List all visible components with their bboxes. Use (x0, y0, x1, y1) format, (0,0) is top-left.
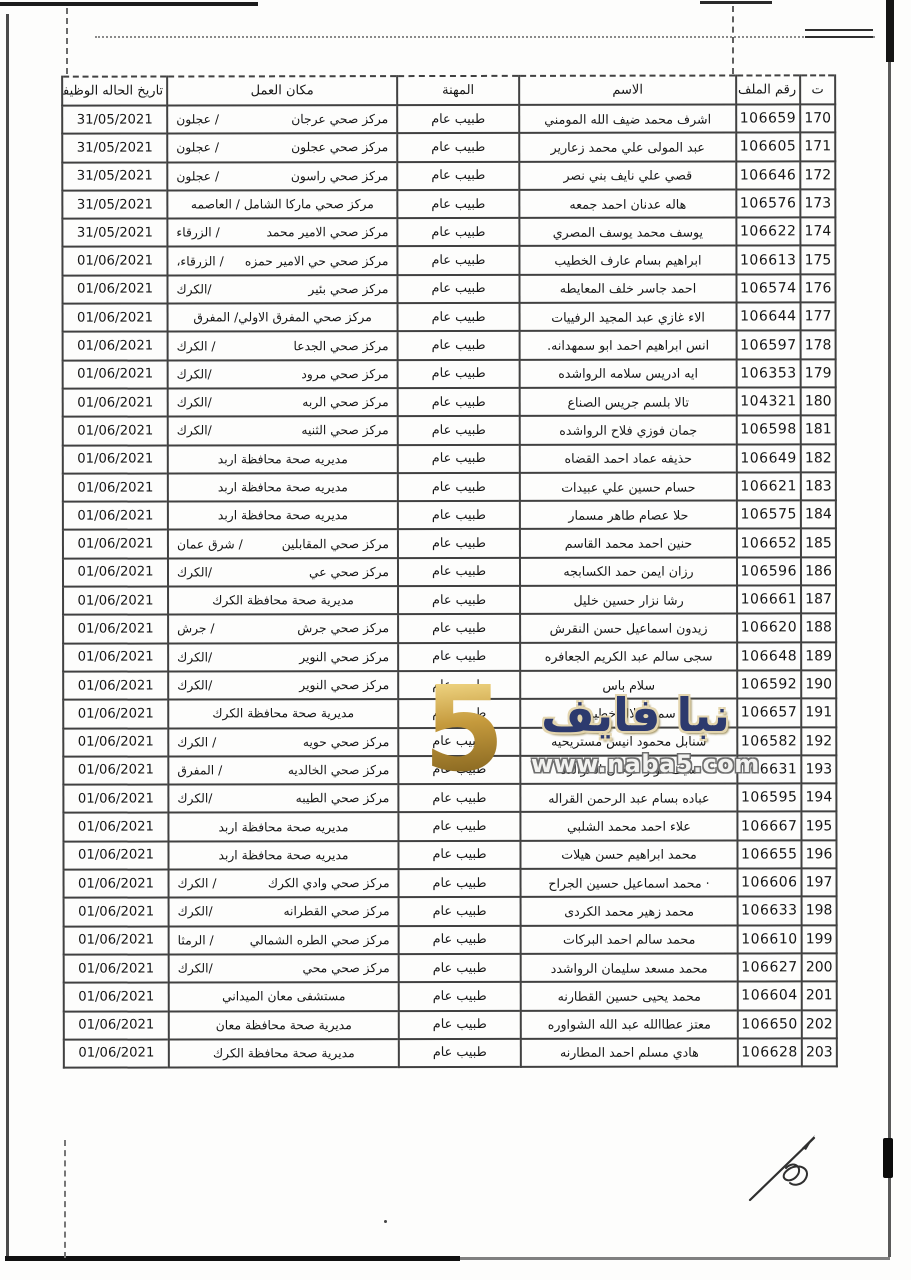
cell-status-date: 01/06/2021 (63, 388, 168, 416)
cell-name: محمد سالم احمد البركات (521, 925, 738, 954)
table-row: 185 106652 حنين احمد محمد القاسم طبيب عا… (63, 529, 836, 559)
cell-file-no: 106655 (737, 840, 801, 868)
margin-dark-segment-top (805, 29, 873, 38)
cell-name: انس ابراهيم احمد ابو سمهدانه. (520, 331, 737, 360)
cell-name: سجى سالم عبد الكريم الجعافره (520, 642, 737, 671)
workplace-center: مركز صحي عجلون (291, 141, 388, 155)
table-row: 182 106649 حذيفه عماد احمد القضاه طبيب ع… (63, 444, 836, 474)
cell-profession: طبيب عام (398, 643, 520, 672)
table-row: 170 106659 اشرف محمد ضيف الله المومني طب… (62, 104, 835, 134)
cell-file-no: 106628 (738, 1038, 802, 1066)
table-row: 197 106606 · محمد اسماعيل حسين الجراح طب… (64, 868, 837, 898)
workplace-governorate: /الكرك (176, 282, 211, 296)
cell-serial: 177 (801, 302, 836, 330)
cell-file-no: 106627 (738, 953, 802, 981)
workplace-center: مديريه صحة محافظة اربد (218, 848, 348, 862)
cell-profession: طبيب عام (397, 218, 519, 247)
cell-file-no: 106595 (737, 784, 801, 812)
workplace-governorate: / الرمثا (178, 933, 214, 947)
scan-edge-right-blob (883, 1138, 893, 1178)
table-row: 176 106574 احمد جاسر خلف المعايطه طبيب ع… (62, 274, 835, 304)
scan-edge-bottom-light (460, 1257, 890, 1260)
stray-ink-dot (384, 1220, 387, 1223)
cell-name: سمر طلال خطيب (520, 699, 737, 728)
cell-name: زيدون اسماعيل حسن النقرش (520, 614, 737, 643)
cell-file-no: 106661 (737, 585, 801, 613)
cell-serial: 172 (800, 161, 835, 189)
cell-file-no: 106657 (737, 699, 801, 727)
cell-file-no: 106613 (736, 246, 800, 274)
table-row: 194 106595 عباده بسام عبد الرحمن القراله… (63, 783, 836, 813)
cell-profession: طبيب عام (397, 246, 519, 275)
cell-serial: 180 (801, 387, 836, 415)
cell-serial: 186 (801, 557, 836, 585)
cell-profession: طبيب عام (399, 1010, 521, 1039)
cell-serial: 175 (800, 246, 835, 274)
cell-workplace: مركز صحي راسون / عجلون (167, 162, 397, 191)
workplace-center: مركز صحي الطره الشمالي (250, 933, 390, 947)
cell-workplace: مركز صحي الطره الشمالي / الرمثا (169, 926, 399, 955)
cell-serial: 203 (802, 1038, 837, 1066)
cell-serial: 183 (801, 472, 836, 500)
cell-name: · محمد اسماعيل حسين الجراح (521, 869, 738, 898)
table-row: 187 106661 رشا نزار حسين خليل طبيب عام م… (63, 585, 836, 615)
cell-status-date: 01/06/2021 (63, 304, 168, 332)
cell-name: جمان فوزي فلاح الرواشده (520, 416, 737, 445)
cell-file-no: 106649 (737, 444, 801, 472)
cell-name: عباده بسام عبد الرحمن القراله (520, 784, 737, 813)
cell-serial: 197 (802, 868, 837, 896)
cell-status-date: 01/06/2021 (63, 615, 168, 643)
cell-serial: 192 (801, 727, 836, 755)
col-header-serial: ت (800, 75, 835, 104)
scan-edge-right-top (886, 0, 894, 62)
cell-serial: 198 (802, 897, 837, 925)
table-body: 170 106659 اشرف محمد ضيف الله المومني طب… (62, 104, 837, 1067)
cell-status-date: 01/06/2021 (63, 587, 168, 615)
workplace-center: مديرية صحة محافظة الكرك (212, 593, 354, 607)
cell-serial: 184 (801, 500, 836, 528)
table-row: 171 106605 عبد المولى علي محمد زعارير طب… (62, 133, 835, 163)
cell-workplace: مركز صحي الطيبه /الكرك (168, 784, 398, 813)
cell-serial: 202 (802, 1010, 837, 1038)
workplace-center: مركز صحي الطيبه (296, 791, 390, 805)
cell-status-date: 01/06/2021 (63, 785, 168, 813)
cell-workplace: مركز صحي المقابلين / شرق عمان (168, 530, 398, 559)
cell-name: معتز عطاالله عبد الله الشواوره (521, 1010, 738, 1039)
cell-file-no: 106667 (737, 812, 801, 840)
header-row: ت رقم الملف الاسم المهنة مكان العمل تاري… (62, 75, 835, 105)
cell-profession: طبيب عام (399, 954, 521, 983)
cell-profession: طبيب عام (398, 671, 520, 700)
cell-profession: طبيب عام (398, 699, 520, 728)
cell-profession: طبيب عام (398, 586, 520, 615)
cell-name: رزان ايمن حمد الكسابجه (520, 557, 737, 586)
table-row: 193 106631 سيف فواز فرحان الخوالده طبيب … (63, 755, 836, 785)
cell-file-no: 106605 (736, 133, 800, 161)
cell-workplace: مركز صحي حي الامير حمزه / الزرقاء، (167, 247, 397, 276)
workplace-center: مركز صحي راسون (291, 169, 389, 183)
cell-status-date: 01/06/2021 (64, 870, 169, 898)
col-header-name: الاسم (519, 75, 736, 104)
workplace-governorate: / عجلون (176, 141, 219, 155)
cell-status-date: 01/06/2021 (64, 926, 169, 954)
cell-serial: 196 (801, 840, 836, 868)
cell-serial: 188 (801, 614, 836, 642)
workplace-center: مديرية صحة محافظة الكرك (213, 1046, 355, 1060)
cell-profession: طبيب عام (397, 105, 519, 134)
workplace-center: مركز صحي بئير (308, 282, 388, 296)
cell-status-date: 01/06/2021 (63, 445, 168, 473)
cell-name: احمد جاسر خلف المعايطه (519, 274, 736, 303)
scan-edge-top-left (0, 2, 258, 6)
cell-status-date: 01/06/2021 (62, 275, 167, 303)
table-row: 195 106667 علاء احمد محمد الشلبي طبيب عا… (63, 812, 836, 842)
cell-file-no: 106631 (737, 755, 801, 783)
cell-file-no: 106606 (738, 868, 802, 896)
cell-status-date: 01/06/2021 (64, 1039, 169, 1067)
cell-workplace: مديرية صحة محافظة الكرك (169, 1039, 399, 1068)
cell-file-no: 106646 (736, 161, 800, 189)
workplace-center: مستشفى معان الميداني (222, 990, 345, 1004)
cell-file-no: 106620 (737, 614, 801, 642)
workplace-center: مركز صحي عي (309, 565, 389, 579)
workplace-center: مركز صحي حويه (303, 735, 389, 749)
col-header-profession: المهنة (397, 76, 519, 105)
cell-workplace: مركز صحي حويه / الكرك (168, 728, 398, 757)
cell-profession: طبيب عام (398, 614, 520, 643)
cell-file-no: 106610 (738, 925, 802, 953)
workplace-center: مركز صحي وادي الكرك (268, 876, 390, 890)
cell-file-no: 106621 (737, 472, 801, 500)
cell-status-date: 01/06/2021 (63, 813, 168, 841)
cell-profession: طبيب عام (398, 841, 520, 870)
workplace-center: مديريه صحة محافظة اربد (218, 480, 348, 494)
workplace-governorate: /الكرك (177, 367, 212, 381)
table-row: 172 106646 قصي علي نايف بني نصر طبيب عام… (62, 161, 835, 191)
cell-profession: طبيب عام (398, 727, 520, 756)
col-header-file-no: رقم الملف (736, 75, 800, 104)
workplace-center: مركز صحي حي الامير حمزه (245, 254, 389, 268)
cell-workplace: مركز صحي الامير محمد / الزرقاء (167, 218, 397, 247)
cell-serial: 182 (801, 444, 836, 472)
workplace-center: مركز صحي جرش (297, 622, 389, 636)
cell-workplace: مركز صحي الثنيه /الكرك (168, 416, 398, 445)
cell-status-date: 01/06/2021 (63, 558, 168, 586)
cell-file-no: 106633 (738, 897, 802, 925)
cell-status-date: 01/06/2021 (63, 643, 168, 671)
table-row: 202 106650 معتز عطاالله عبد الله الشواور… (64, 1010, 837, 1040)
cell-workplace: مركز صحي ماركا الشامل / العاصمه (167, 190, 397, 219)
table-row: 196 106655 محمد ابراهيم حسن هيلات طبيب ع… (63, 840, 836, 870)
cell-name: يوسف محمد يوسف المصري (519, 218, 736, 247)
table-row: 198 106633 محمد زهير محمد الكردى طبيب عا… (64, 897, 837, 927)
workplace-governorate: / الكرك (177, 339, 216, 353)
margin-dash-left-top (66, 8, 68, 74)
cell-file-no: 106582 (737, 727, 801, 755)
cell-file-no: 106604 (738, 982, 802, 1010)
cell-file-no: 106596 (737, 557, 801, 585)
cell-name: حنين احمد محمد القاسم (520, 529, 737, 558)
scanned-document-page: ت رقم الملف الاسم المهنة مكان العمل تاري… (0, 0, 911, 1280)
cell-profession: طبيب عام (398, 558, 520, 587)
table-row: 181 106598 جمان فوزي فلاح الرواشده طبيب … (63, 416, 836, 446)
cell-file-no: 106592 (737, 670, 801, 698)
cell-serial: 174 (800, 218, 835, 246)
cell-serial: 201 (802, 982, 837, 1010)
workplace-center: مركز صحي النوير (299, 650, 389, 664)
cell-workplace: مركز صحي النوير /الكرك (168, 671, 398, 700)
workplace-governorate: / الزرقاء، (176, 254, 223, 268)
table-row: 174 106622 يوسف محمد يوسف المصري طبيب عا… (62, 218, 835, 248)
workplace-center: مركز صحي المقابلين (282, 537, 389, 551)
cell-name: هاله عدنان احمد جمعه (519, 189, 736, 218)
workplace-governorate: / جرش (177, 622, 214, 636)
workplace-center: مركز صحي الجدعا (293, 339, 388, 353)
table-row: 189 106648 سجى سالم عبد الكريم الجعافره … (63, 642, 836, 672)
cell-serial: 173 (800, 189, 835, 217)
cell-workplace: مديريه صحة محافظة اربد (168, 473, 398, 502)
table-row: 183 106621 حسام حسين علي عبيدات طبيب عام… (63, 472, 836, 502)
workplace-governorate: /الكرك (178, 905, 213, 919)
cell-name: رشا نزار حسين خليل (520, 586, 737, 615)
cell-name: الاء غازي عبد المجيد الرفييات (520, 303, 737, 332)
table-row: 200 106627 محمد مسعد سليمان الرواشدد طبي… (64, 953, 837, 983)
cell-status-date: 01/06/2021 (63, 671, 168, 699)
cell-serial: 199 (802, 925, 837, 953)
workplace-center: مديرية صحة محافظة الكرك (212, 707, 354, 721)
cell-status-date: 01/06/2021 (64, 954, 169, 982)
workplace-center: مركز صحي النوير (299, 678, 389, 692)
workplace-center: مديريه صحة محافظة اربد (218, 820, 348, 834)
cell-status-date: 31/05/2021 (62, 162, 167, 190)
cell-serial: 187 (801, 585, 836, 613)
cell-workplace: مركز صحي المفرق الاولي/ المفرق (168, 303, 398, 332)
cell-serial: 181 (801, 416, 836, 444)
cell-file-no: 104321 (737, 387, 801, 415)
cell-name: علاء احمد محمد الشلبي (520, 812, 737, 841)
workplace-governorate: / عجلون (176, 113, 219, 127)
cell-profession: طبيب عام (399, 1039, 521, 1068)
workplace-center: مركز صحي محي (302, 961, 389, 975)
col-header-workplace: مكان العمل (167, 76, 397, 105)
cell-status-date: 01/06/2021 (63, 473, 168, 501)
cell-workplace: مركز صحي الخالديه / المفرق (168, 756, 398, 785)
cell-serial: 171 (800, 133, 835, 161)
cell-name: ابراهيم بسام عارف الخطيب (519, 246, 736, 275)
cell-name: سيف فواز فرحان الخوالده (520, 755, 737, 784)
cell-profession: طبيب عام (398, 529, 520, 558)
workplace-center: مركز صحي الخالديه (288, 763, 390, 777)
workplace-governorate: / الكرك (177, 735, 216, 749)
workplace-governorate: /الكرك (177, 650, 212, 664)
scan-edge-left (6, 14, 9, 1258)
cell-profession: طبيب عام (398, 812, 520, 841)
margin-dotted-line-top (95, 36, 875, 38)
cell-name: محمد مسعد سليمان الرواشدد (521, 953, 738, 982)
workplace-governorate: / الزرقاء (176, 226, 219, 240)
cell-status-date: 01/06/2021 (63, 360, 168, 388)
cell-workplace: مركز صحي الربه /الكرك (168, 388, 398, 417)
cell-workplace: مديريه صحة محافظة اربد (168, 501, 398, 530)
cell-status-date: 31/05/2021 (62, 190, 167, 218)
cell-profession: طبيب عام (399, 869, 521, 898)
cell-name: هادي مسلم احمد المطارنه (521, 1038, 738, 1067)
cell-name: حسام حسين علي عبيدات (520, 472, 737, 501)
workplace-governorate: / عجلون (176, 169, 219, 183)
table-row: 179 106353 ايه ادريس سلامه الرواشده طبيب… (63, 359, 836, 389)
margin-dash-right-top (732, 6, 734, 74)
cell-name: سنابل محمود انيس مستريحيه (520, 727, 737, 756)
cell-serial: 189 (801, 642, 836, 670)
cell-status-date: 01/06/2021 (63, 700, 168, 728)
cell-workplace: مركز صحي عرجان / عجلون (167, 105, 397, 134)
workplace-center: مركز صحي عرجان (291, 112, 388, 126)
cell-status-date: 31/05/2021 (62, 105, 167, 133)
table-row: 184 106575 حلا عصام طاهر مسمار طبيب عام … (63, 500, 836, 530)
cell-serial: 190 (801, 670, 836, 698)
cell-profession: طبيب عام (398, 756, 520, 785)
workplace-governorate: / المفرق (177, 763, 222, 777)
workplace-governorate: /الكرك (177, 792, 212, 806)
cell-name: تالا بلسم جريس الصناع (520, 387, 737, 416)
workplace-center: مديريه صحة محافظة اربد (218, 452, 348, 466)
cell-workplace: مركز صحي مرود /الكرك (168, 360, 398, 389)
workplace-governorate: /الكرك (177, 424, 212, 438)
cell-status-date: 01/06/2021 (63, 332, 168, 360)
cell-status-date: 01/06/2021 (64, 898, 169, 926)
workplace-governorate: /الكرك (177, 565, 212, 579)
cell-workplace: مركز صحي النوير /الكرك (168, 643, 398, 672)
cell-profession: طبيب عام (398, 416, 520, 445)
workplace-governorate: /الكرك (178, 961, 213, 975)
cell-file-no: 106648 (737, 642, 801, 670)
workplace-center: مركز صحي مرود (301, 367, 388, 381)
scan-edge-right (888, 60, 891, 1257)
cell-profession: طبيب عام (399, 982, 521, 1011)
cell-workplace: مركز صحي عجلون / عجلون (167, 133, 397, 162)
cell-profession: طبيب عام (398, 388, 520, 417)
scan-edge-bottom-dark (5, 1256, 460, 1261)
cell-file-no: 106622 (736, 218, 800, 246)
cell-profession: طبيب عام (399, 897, 521, 926)
cell-name: حذيفه عماد احمد القضاه (520, 444, 737, 473)
cell-serial: 176 (800, 274, 835, 302)
cell-serial: 195 (801, 812, 836, 840)
cell-serial: 191 (801, 699, 836, 727)
cell-file-no: 106598 (737, 416, 801, 444)
table-row: 201 106604 محمد يحيى حسين القطارنه طبيب … (64, 982, 837, 1012)
cell-workplace: مديريه صحة محافظة اربد (168, 841, 398, 870)
cell-workplace: مركز صحي الجدعا / الكرك (168, 331, 398, 360)
cell-name: اشرف محمد ضيف الله المومني (519, 104, 736, 133)
cell-name: محمد زهير محمد الكردى (521, 897, 738, 926)
cell-status-date: 01/06/2021 (63, 530, 168, 558)
workplace-governorate: /الكرك (177, 396, 212, 410)
cell-serial: 200 (802, 953, 837, 981)
workplace-center: مديريه صحة محافظة اربد (218, 508, 348, 522)
workplace-center: مركز صحي الربه (302, 395, 388, 409)
cell-serial: 193 (801, 755, 836, 783)
cell-status-date: 01/06/2021 (64, 983, 169, 1011)
table-row: 186 106596 رزان ايمن حمد الكسابجه طبيب ع… (63, 557, 836, 587)
cell-workplace: مركز صحي محي /الكرك (169, 954, 399, 983)
cell-profession: طبيب عام (398, 444, 520, 473)
table-row: 180 104321 تالا بلسم جريس الصناع طبيب عا… (63, 387, 836, 417)
cell-serial: 179 (801, 359, 836, 387)
cell-name: ايه ادريس سلامه الرواشده (520, 359, 737, 388)
cell-serial: 185 (801, 529, 836, 557)
cell-profession: طبيب عام (397, 190, 519, 219)
workplace-governorate: / الكرك (178, 877, 217, 891)
cell-workplace: مديريه صحة محافظة اربد (168, 813, 398, 842)
cell-file-no: 106576 (736, 189, 800, 217)
cell-workplace: مديريه صحة محافظة اربد (168, 445, 398, 474)
handwritten-signature (742, 1128, 837, 1208)
cell-name: محمد يحيى حسين القطارنه (521, 982, 738, 1011)
cell-file-no: 106353 (737, 359, 801, 387)
cell-name: عبد المولى علي محمد زعارير (519, 133, 736, 162)
cell-profession: طبيب عام (398, 360, 520, 389)
cell-file-no: 106574 (736, 274, 800, 302)
cell-workplace: مركز صحي وادي الكرك / الكرك (169, 869, 399, 898)
cell-name: قصي علي نايف بني نصر (519, 161, 736, 190)
cell-file-no: 106659 (736, 104, 800, 132)
cell-name: محمد ابراهيم حسن هيلات (520, 840, 737, 869)
cell-status-date: 01/06/2021 (64, 1011, 169, 1039)
cell-profession: طبيب عام (398, 303, 520, 332)
cell-file-no: 106575 (737, 501, 801, 529)
workplace-center: مديرية صحة محافظة معان (216, 1018, 352, 1032)
cell-status-date: 01/06/2021 (63, 756, 168, 784)
cell-status-date: 31/05/2021 (62, 134, 167, 162)
scan-edge-top-mid (700, 1, 772, 4)
cell-status-date: 01/06/2021 (63, 417, 168, 445)
table-row: 188 106620 زيدون اسماعيل حسن النقرش طبيب… (63, 614, 836, 644)
cell-serial: 170 (800, 104, 835, 132)
cell-status-date: 31/05/2021 (62, 219, 167, 247)
cell-profession: طبيب عام (398, 473, 520, 502)
cell-status-date: 01/06/2021 (63, 728, 168, 756)
table-row: 177 106644 الاء غازي عبد المجيد الرفييات… (63, 302, 836, 332)
margin-dash-left-bottom (64, 1140, 66, 1258)
workplace-center: مركز صحي ماركا الشامل / العاصمه (191, 197, 374, 211)
cell-profession: طبيب عام (399, 925, 521, 954)
cell-profession: طبيب عام (397, 161, 519, 190)
cell-status-date: 01/06/2021 (63, 841, 168, 869)
workplace-governorate: / شرق عمان (177, 537, 243, 551)
workplace-center: مركز صحي القطرانه (283, 905, 389, 919)
table-row: 191 106657 سمر طلال خطيب طبيب عام مديرية… (63, 699, 836, 729)
cell-workplace: مركز صحي القطرانه /الكرك (169, 897, 399, 926)
table-row: 178 106597 انس ابراهيم احمد ابو سمهدانه.… (63, 331, 836, 361)
workplace-governorate: /الكرك (177, 678, 212, 692)
table-row: 192 106582 سنابل محمود انيس مستريحيه طبي… (63, 727, 836, 757)
cell-profession: طبيب عام (397, 275, 519, 304)
cell-file-no: 106652 (737, 529, 801, 557)
cell-status-date: 01/06/2021 (62, 247, 167, 275)
cell-profession: طبيب عام (398, 784, 520, 813)
doctors-roster-table: ت رقم الملف الاسم المهنة مكان العمل تاري… (61, 74, 838, 1068)
cell-file-no: 106597 (737, 331, 801, 359)
workplace-center: مركز صحي الثنيه (301, 424, 388, 438)
cell-serial: 194 (801, 783, 836, 811)
cell-serial: 178 (801, 331, 836, 359)
workplace-center: مركز صحي المفرق الاولي/ المفرق (193, 310, 371, 324)
cell-workplace: مستشفى معان الميداني (169, 982, 399, 1011)
cell-workplace: مديرية صحة محافظة معان (169, 1011, 399, 1040)
cell-workplace: مديرية صحة محافظة الكرك (168, 699, 398, 728)
